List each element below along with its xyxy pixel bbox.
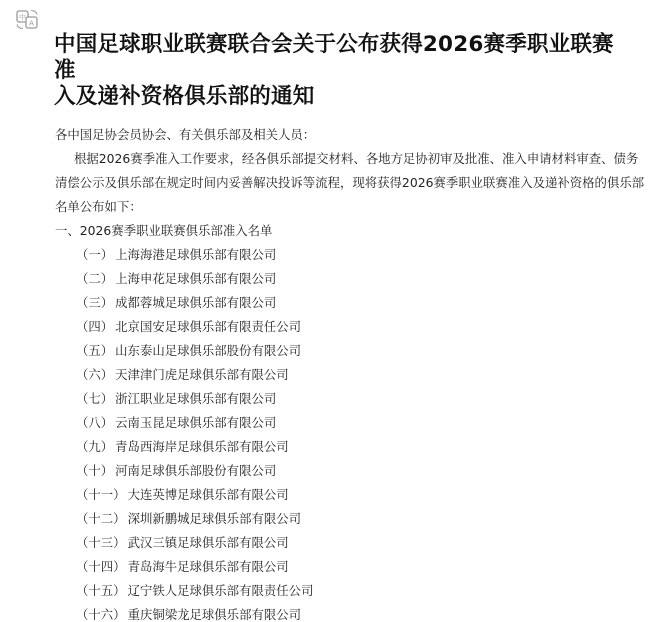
club-name: 重庆铜梁龙足球俱乐部有限公司 bbox=[128, 607, 301, 622]
club-list-item: （六）天津津门虎足球俱乐部有限公司 bbox=[55, 363, 615, 387]
club-index: （十五） bbox=[76, 579, 126, 603]
club-name: 青岛西海岸足球俱乐部有限公司 bbox=[115, 439, 288, 454]
club-name: 云南玉昆足球俱乐部有限公司 bbox=[115, 415, 276, 430]
club-index: （十二） bbox=[76, 507, 126, 531]
club-index: （九） bbox=[76, 435, 113, 459]
club-index: （十四） bbox=[76, 555, 126, 579]
club-name: 上海海港足球俱乐部有限公司 bbox=[115, 247, 276, 262]
svg-text:A: A bbox=[29, 20, 34, 28]
translate-icon[interactable]: 中 A bbox=[14, 8, 42, 32]
club-index: （五） bbox=[76, 339, 113, 363]
title-line-2: 入及递补资格俱乐部的通知 bbox=[54, 84, 624, 110]
club-index: （二） bbox=[76, 267, 113, 291]
club-name: 北京国安足球俱乐部有限责任公司 bbox=[115, 319, 301, 334]
svg-text:中: 中 bbox=[19, 13, 26, 22]
intro-paragraph-line-1: 根据2026赛季准入工作要求，经各俱乐部提交材料、各地方足协初审及批准、准入申请… bbox=[55, 147, 615, 171]
club-index: （十） bbox=[76, 459, 113, 483]
club-name: 武汉三镇足球俱乐部有限公司 bbox=[128, 535, 289, 550]
intro-paragraph-line-3: 名单公布如下： bbox=[55, 195, 615, 219]
club-index: （七） bbox=[76, 387, 113, 411]
title-line-1: 中国足球职业联赛联合会关于公布获得2026赛季职业联赛准 bbox=[54, 32, 624, 84]
document-body: 各中国足协会员协会、有关俱乐部及相关人员： 根据2026赛季准入工作要求，经各俱… bbox=[55, 123, 615, 622]
club-index: （三） bbox=[76, 291, 113, 315]
club-list-item: （十六）重庆铜梁龙足球俱乐部有限公司 bbox=[55, 603, 615, 622]
salutation: 各中国足协会员协会、有关俱乐部及相关人员： bbox=[55, 123, 615, 147]
club-list-item: （一）上海海港足球俱乐部有限公司 bbox=[55, 243, 615, 267]
club-list: （一）上海海港足球俱乐部有限公司 （二）上海申花足球俱乐部有限公司 （三）成都蓉… bbox=[55, 243, 615, 622]
club-name: 青岛海牛足球俱乐部有限公司 bbox=[128, 559, 289, 574]
translate-icon-glyph: 中 A bbox=[14, 8, 42, 32]
club-index: （四） bbox=[76, 315, 113, 339]
section-heading-admission-list: 一、2026赛季职业联赛俱乐部准入名单 bbox=[55, 219, 615, 243]
club-name: 大连英博足球俱乐部有限公司 bbox=[128, 487, 289, 502]
club-name: 山东泰山足球俱乐部股份有限公司 bbox=[115, 343, 301, 358]
document-title: 中国足球职业联赛联合会关于公布获得2026赛季职业联赛准 入及递补资格俱乐部的通… bbox=[54, 32, 624, 110]
club-name: 河南足球俱乐部股份有限公司 bbox=[115, 463, 276, 478]
club-name: 深圳新鹏城足球俱乐部有限公司 bbox=[128, 511, 301, 526]
club-list-item: （十一）大连英博足球俱乐部有限公司 bbox=[55, 483, 615, 507]
club-index: （一） bbox=[76, 243, 113, 267]
club-list-item: （十四）青岛海牛足球俱乐部有限公司 bbox=[55, 555, 615, 579]
club-index: （十三） bbox=[76, 531, 126, 555]
club-list-item: （九）青岛西海岸足球俱乐部有限公司 bbox=[55, 435, 615, 459]
club-name: 辽宁铁人足球俱乐部有限责任公司 bbox=[128, 583, 314, 598]
club-list-item: （八）云南玉昆足球俱乐部有限公司 bbox=[55, 411, 615, 435]
club-list-item: （十二）深圳新鹏城足球俱乐部有限公司 bbox=[55, 507, 615, 531]
club-index: （六） bbox=[76, 363, 113, 387]
club-name: 成都蓉城足球俱乐部有限公司 bbox=[115, 295, 276, 310]
club-list-item: （二）上海申花足球俱乐部有限公司 bbox=[55, 267, 615, 291]
intro-paragraph-line-2: 清偿公示及俱乐部在规定时间内妥善解决投诉等流程，现将获得2026赛季职业联赛准入… bbox=[55, 171, 615, 195]
club-list-item: （三）成都蓉城足球俱乐部有限公司 bbox=[55, 291, 615, 315]
club-name: 天津津门虎足球俱乐部有限公司 bbox=[115, 367, 288, 382]
club-index: （八） bbox=[76, 411, 113, 435]
club-index: （十六） bbox=[76, 603, 126, 622]
club-list-item: （七）浙江职业足球俱乐部有限公司 bbox=[55, 387, 615, 411]
club-list-item: （四）北京国安足球俱乐部有限责任公司 bbox=[55, 315, 615, 339]
club-list-item: （十五）辽宁铁人足球俱乐部有限责任公司 bbox=[55, 579, 615, 603]
club-index: （十一） bbox=[76, 483, 126, 507]
club-name: 上海申花足球俱乐部有限公司 bbox=[115, 271, 276, 286]
club-list-item: （五）山东泰山足球俱乐部股份有限公司 bbox=[55, 339, 615, 363]
club-list-item: （十三）武汉三镇足球俱乐部有限公司 bbox=[55, 531, 615, 555]
club-list-item: （十）河南足球俱乐部股份有限公司 bbox=[55, 459, 615, 483]
club-name: 浙江职业足球俱乐部有限公司 bbox=[115, 391, 276, 406]
